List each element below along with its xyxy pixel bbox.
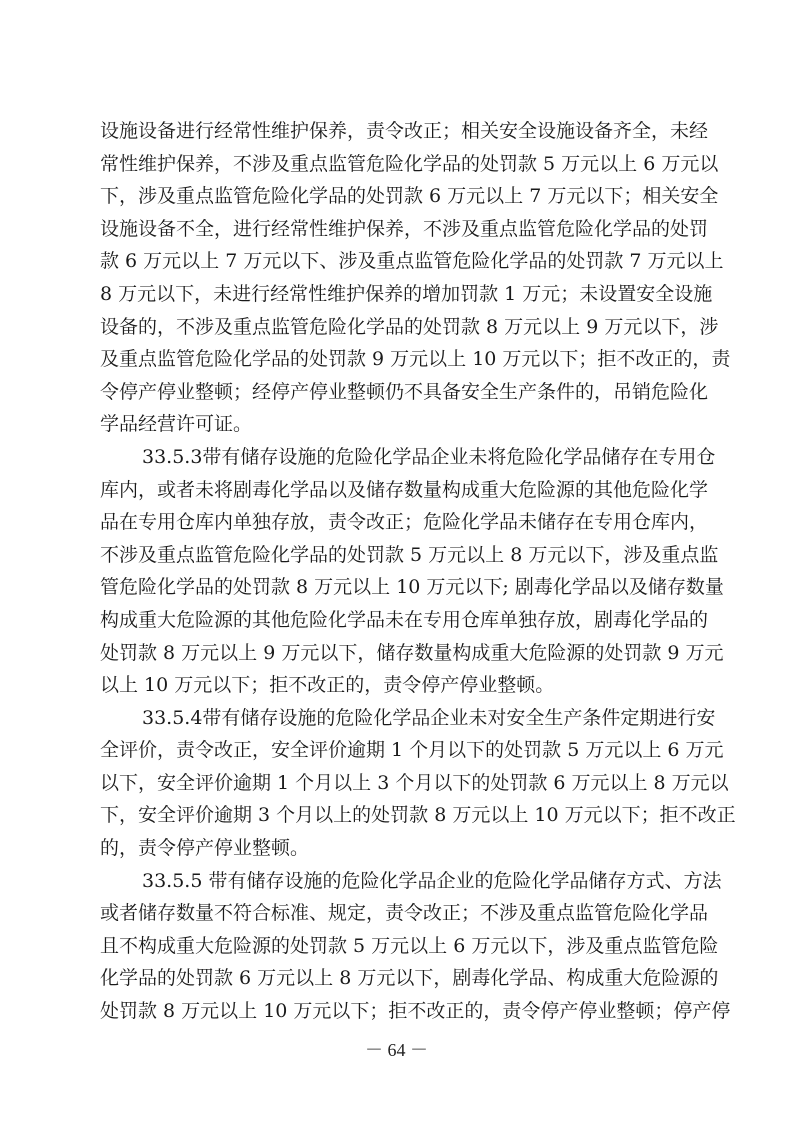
text-line: 8 万元以下，未进行经常性维护保养的增加罚款 1 万元；未设置安全设施 xyxy=(100,278,692,311)
text-line: 的，责令停产停业整顿。 xyxy=(100,832,692,865)
text-line: 全评价，责令改正，安全评价逾期 1 个月以下的处罚款 5 万元以上 6 万元 xyxy=(100,734,692,767)
text-line: 品在专用仓库内单独存放，责令改正；危险化学品未储存在专用仓库内， xyxy=(100,506,692,539)
text-line: 设施设备进行经常性维护保养，责令改正；相关安全设施设备齐全，未经 xyxy=(100,115,692,148)
text-line: 款 6 万元以上 7 万元以下、涉及重点监管危险化学品的处罚款 7 万元以上 xyxy=(100,245,692,278)
text-line: 库内，或者未将剧毒化学品以及储存数量构成重大危险源的其他危险化学 xyxy=(100,474,692,507)
text-line: 设施设备不全，进行经常性维护保养，不涉及重点监管危险化学品的处罚 xyxy=(100,213,692,246)
text-line: 令停产停业整顿；经停产停业整顿仍不具备安全生产条件的，吊销危险化 xyxy=(100,376,692,409)
text-line: 不涉及重点监管危险化学品的处罚款 5 万元以上 8 万元以下，涉及重点监 xyxy=(100,539,692,572)
text-line: 常性维护保养，不涉及重点监管危险化学品的处罚款 5 万元以上 6 万元以 xyxy=(100,148,692,181)
text-line: 下，涉及重点监管危险化学品的处罚款 6 万元以上 7 万元以下；相关安全 xyxy=(100,180,692,213)
text-line: 设备的，不涉及重点监管危险化学品的处罚款 8 万元以上 9 万元以下，涉 xyxy=(100,311,692,344)
text-line: 及重点监管危险化学品的处罚款 9 万元以上 10 万元以下；拒不改正的，责 xyxy=(100,343,692,376)
document-page: 设施设备进行经常性维护保养，责令改正；相关安全设施设备齐全，未经 常性维护保养，… xyxy=(0,0,793,1122)
text-line: 且不构成重大危险源的处罚款 5 万元以上 6 万元以下，涉及重点监管危险 xyxy=(100,930,692,963)
text-line: 处罚款 8 万元以上 9 万元以下，储存数量构成重大危险源的处罚款 9 万元 xyxy=(100,637,692,670)
text-line: 或者储存数量不符合标准、规定，责令改正；不涉及重点监管危险化学品 xyxy=(100,897,692,930)
text-line: 处罚款 8 万元以上 10 万元以下；拒不改正的，责令停产停业整顿；停产停 xyxy=(100,995,692,1028)
clause-33-5-4-heading-line: 33.5.4带有储存设施的危险化学品企业未对安全生产条件定期进行安 xyxy=(100,702,692,735)
text-line: 以下，安全评价逾期 1 个月以上 3 个月以下的处罚款 6 万元以上 8 万元以 xyxy=(100,767,692,800)
page-number: － 64 － xyxy=(0,1036,793,1062)
clause-33-5-5-heading-line: 33.5.5 带有储存设施的危险化学品企业的危险化学品储存方式、方法 xyxy=(100,865,692,898)
text-line: 以上 10 万元以下；拒不改正的，责令停产停业整顿。 xyxy=(100,669,692,702)
text-line: 构成重大危险源的其他危险化学品未在专用仓库单独存放，剧毒化学品的 xyxy=(100,604,692,637)
text-line: 管危险化学品的处罚款 8 万元以上 10 万元以下; 剧毒化学品以及储存数量 xyxy=(100,571,692,604)
text-line: 学品经营许可证。 xyxy=(100,408,692,441)
body-text: 设施设备进行经常性维护保养，责令改正；相关安全设施设备齐全，未经 常性维护保养，… xyxy=(100,115,692,1028)
text-line: 下，安全评价逾期 3 个月以上的处罚款 8 万元以上 10 万元以下；拒不改正 xyxy=(100,799,692,832)
text-line: 化学品的处罚款 6 万元以上 8 万元以下，剧毒化学品、构成重大危险源的 xyxy=(100,962,692,995)
clause-33-5-3-heading-line: 33.5.3带有储存设施的危险化学品企业未将危险化学品储存在专用仓 xyxy=(100,441,692,474)
